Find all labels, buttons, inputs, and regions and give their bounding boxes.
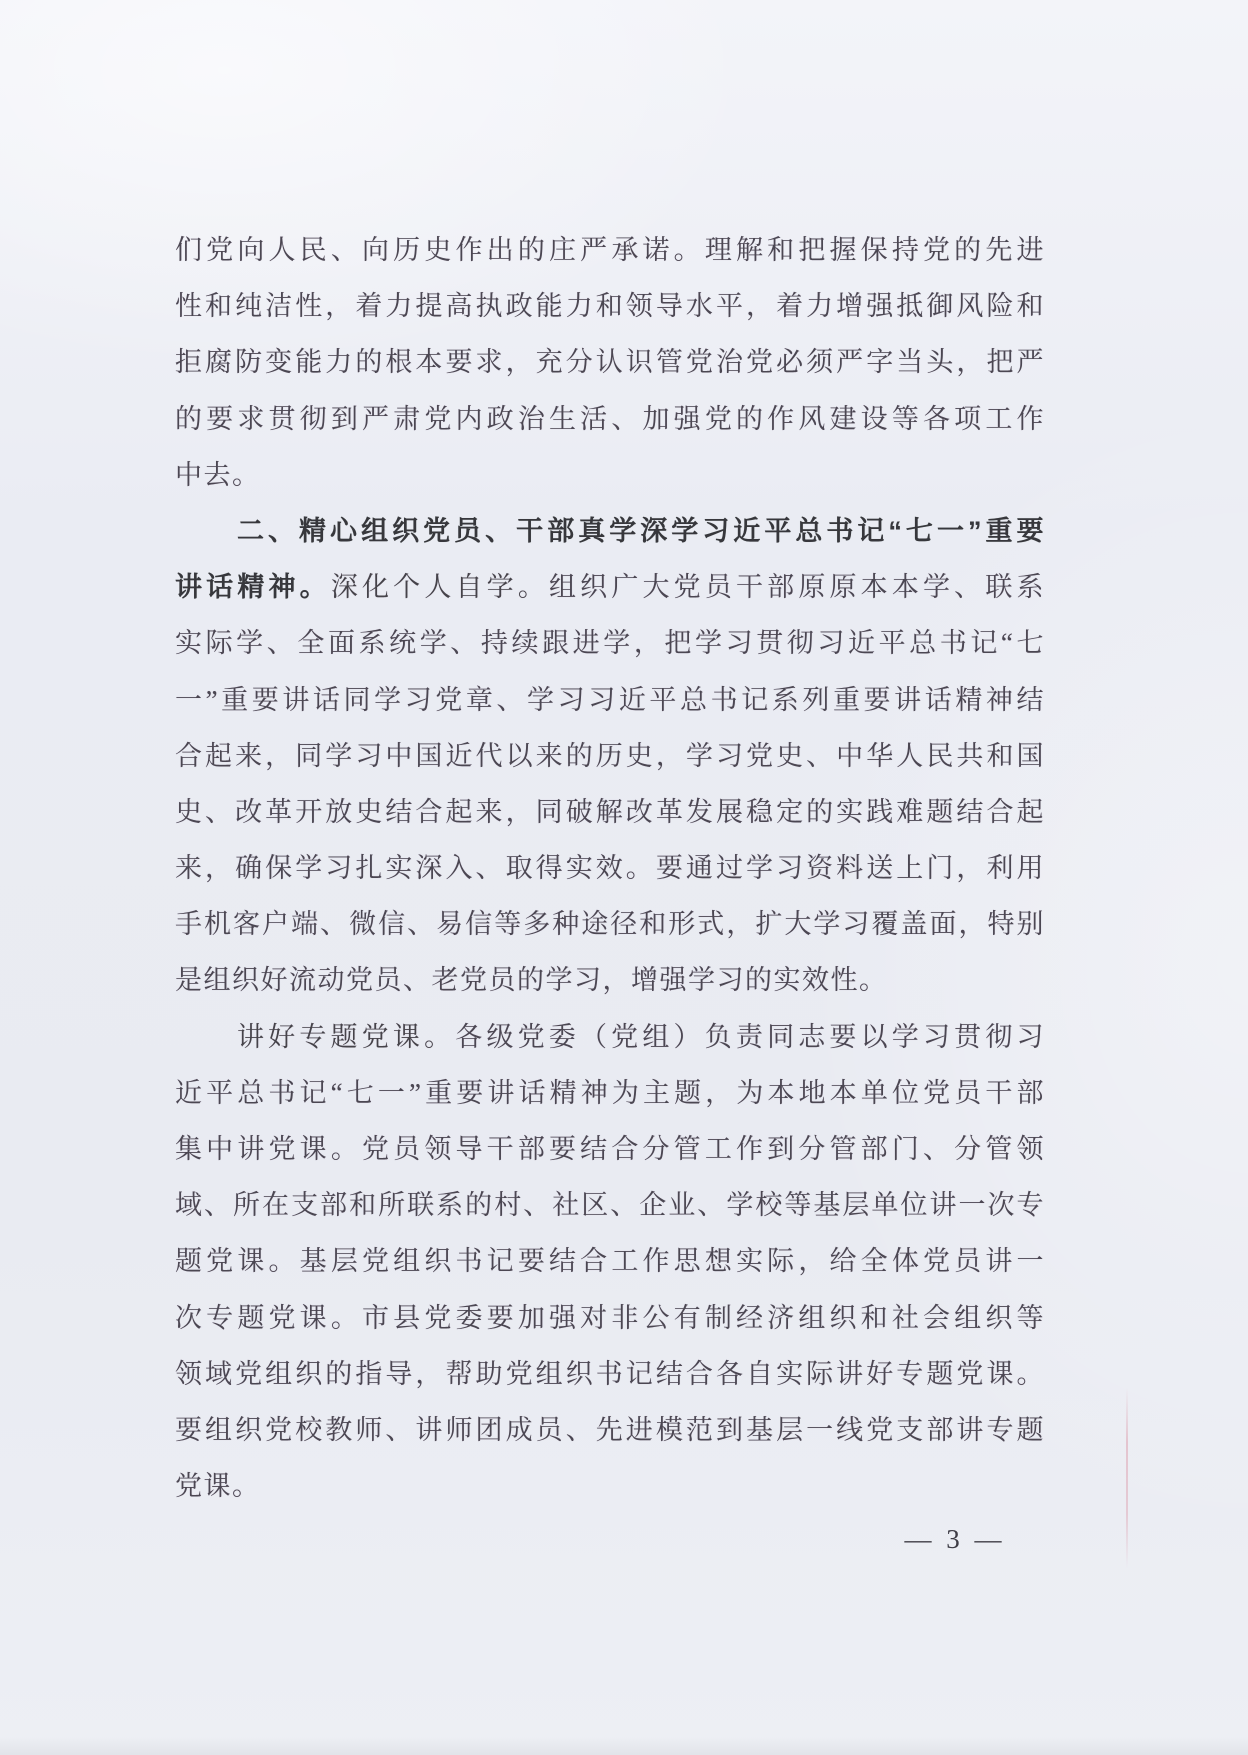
text-line: 近平总书记“七一”重要讲话精神为主题，为本地本单位党员干部 — [175, 1065, 1045, 1121]
text-line: 手机客户端、微信、易信等多种途径和形式，扩大学习覆盖面，特别 — [175, 896, 1045, 952]
text-segment: 实际学、全面系统学、持续跟进学，把学习贯彻习近平总书记“七 — [175, 628, 1045, 658]
page-bottom-shadow — [0, 1737, 1248, 1755]
scanned-document-page: 们党向人民、向历史作出的庄严承诺。理解和把握保持党的先进性和纯洁性，着力提高执政… — [0, 0, 1248, 1755]
text-segment: 集中讲党课。党员领导干部要结合分管工作到分管部门、分管领 — [175, 1134, 1045, 1164]
text-segment: 性和纯洁性，着力提高执政能力和领导水平，着力增强抵御风险和 — [175, 291, 1045, 321]
text-segment: 讲好专题党课。 — [237, 1022, 455, 1053]
text-line: 中去。 — [175, 447, 1045, 503]
text-line: 要组织党校教师、讲师团成员、先进模范到基层一线党支部讲专题 — [175, 1402, 1045, 1458]
text-line: 党课。 — [175, 1458, 1045, 1514]
text-segment: 手机客户端、微信、易信等多种途径和形式，扩大学习覆盖面，特别 — [175, 909, 1045, 939]
text-segment: 是组织好流动党员、老党员的学习，增强学习的实效性。 — [175, 965, 888, 995]
text-line: 拒腐防变能力的根本要求，充分认识管党治党必须严字当头，把严 — [175, 334, 1045, 390]
text-line: 域、所在支部和所联系的村、社区、企业、学校等基层单位讲一次专 — [175, 1177, 1045, 1233]
page-number: — 3 — — [860, 1518, 1050, 1560]
text-line: 们党向人民、向历史作出的庄严承诺。理解和把握保持党的先进 — [175, 222, 1045, 278]
text-segment: 要组织党校教师、讲师团成员、先进模范到基层一线党支部讲专题 — [175, 1415, 1045, 1445]
text-line: 一”重要讲话同学习党章、学习习近平总书记系列重要讲话精神结 — [175, 672, 1045, 728]
text-line: 题党课。基层党组织书记要结合工作思想实际，给全体党员讲一 — [175, 1233, 1045, 1289]
text-line: 性和纯洁性，着力提高执政能力和领导水平，着力增强抵御风险和 — [175, 278, 1045, 334]
text-segment: 深化个人自学。 — [331, 572, 549, 603]
text-segment: 一”重要讲话同学习党章、学习习近平总书记系列重要讲话精神结 — [175, 685, 1045, 715]
text-segment: 域、所在支部和所联系的村、社区、企业、学校等基层单位讲一次专 — [175, 1190, 1045, 1220]
scan-crease-artifact — [1126, 1388, 1128, 1568]
text-line: 合起来，同学习中国近代以来的历史，学习党史、中华人民共和国 — [175, 728, 1045, 784]
text-segment: 史、改革开放史结合起来，同破解改革发展稳定的实践难题结合起 — [175, 797, 1045, 827]
text-line: 集中讲党课。党员领导干部要结合分管工作到分管部门、分管领 — [175, 1121, 1045, 1177]
text-segment: 领域党组织的指导，帮助党组织书记结合各自实际讲好专题党课。 — [175, 1359, 1045, 1389]
text-segment: 讲话精神。 — [175, 572, 331, 602]
text-line: 二、精心组织党员、干部真学深学习近平总书记“七一”重要 — [175, 503, 1045, 559]
text-line: 次专题党课。市县党委要加强对非公有制经济组织和社会组织等 — [175, 1290, 1045, 1346]
text-line: 来，确保学习扎实深入、取得实效。要通过学习资料送上门，利用 — [175, 840, 1045, 896]
text-line: 讲好专题党课。各级党委（党组）负责同志要以学习贯彻习 — [175, 1009, 1045, 1065]
text-line: 实际学、全面系统学、持续跟进学，把学习贯彻习近平总书记“七 — [175, 615, 1045, 671]
text-segment: 拒腐防变能力的根本要求，充分认识管党治党必须严字当头，把严 — [175, 347, 1045, 377]
text-segment: 的要求贯彻到严肃党内政治生活、加强党的作风建设等各项工作 — [175, 404, 1045, 434]
text-segment: 近平总书记“七一”重要讲话精神为主题，为本地本单位党员干部 — [175, 1078, 1045, 1108]
text-line: 史、改革开放史结合起来，同破解改革发展稳定的实践难题结合起 — [175, 784, 1045, 840]
text-line: 讲话精神。深化个人自学。组织广大党员干部原原本本学、联系 — [175, 559, 1045, 615]
text-segment: 二、精心组织党员、干部真学深学习近平总书记“七一”重要 — [237, 516, 1045, 546]
text-segment: 合起来，同学习中国近代以来的历史，学习党史、中华人民共和国 — [175, 741, 1045, 771]
text-segment: 党课。 — [175, 1471, 261, 1501]
text-segment: 中去。 — [175, 460, 261, 490]
text-segment: 来，确保学习扎实深入、取得实效。要通过学习资料送上门，利用 — [175, 853, 1045, 883]
text-segment: 们党向人民、向历史作出的庄严承诺。理解和把握保持党的先进 — [175, 235, 1045, 265]
document-body-text: 们党向人民、向历史作出的庄严承诺。理解和把握保持党的先进性和纯洁性，着力提高执政… — [175, 222, 1045, 1514]
text-line: 领域党组织的指导，帮助党组织书记结合各自实际讲好专题党课。 — [175, 1346, 1045, 1402]
text-segment: 各级党委（党组）负责同志要以学习贯彻习 — [455, 1022, 1045, 1052]
text-line: 是组织好流动党员、老党员的学习，增强学习的实效性。 — [175, 952, 1045, 1008]
text-segment: 题党课。基层党组织书记要结合工作思想实际，给全体党员讲一 — [175, 1246, 1045, 1276]
text-segment: 次专题党课。市县党委要加强对非公有制经济组织和社会组织等 — [175, 1303, 1045, 1333]
text-segment: 组织广大党员干部原原本本学、联系 — [549, 572, 1045, 602]
text-line: 的要求贯彻到严肃党内政治生活、加强党的作风建设等各项工作 — [175, 391, 1045, 447]
